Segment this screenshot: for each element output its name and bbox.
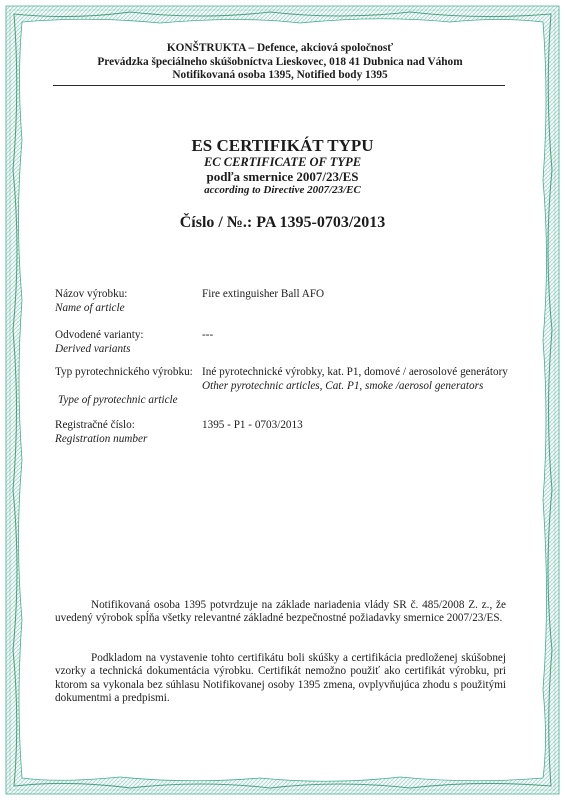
title-sk: ES CERTIFIKÁT TYPU bbox=[0, 136, 565, 155]
title-en: EC CERTIFICATE OF TYPE bbox=[0, 155, 565, 169]
field-label-en: Derived variants bbox=[55, 343, 205, 357]
directive-sk: podľa smernice 2007/23/ES bbox=[0, 169, 565, 184]
field-label-sk: Registračné číslo: bbox=[55, 419, 205, 433]
issuer-name: KONŠTRUKTA – Defence, akciová spoločnosť bbox=[50, 42, 510, 56]
field-value: --- bbox=[202, 329, 510, 343]
field-label-en: Name of article bbox=[55, 302, 205, 316]
field-label-sk: Názov výrobku: bbox=[55, 288, 205, 302]
field-value-sk: Iné pyrotechnické výrobky, kat. P1, domo… bbox=[202, 366, 510, 380]
field-label-en: Type of pyrotechnic article bbox=[55, 394, 205, 408]
field-label-sk: Odvodené varianty: bbox=[55, 329, 205, 343]
issuer-header: KONŠTRUKTA – Defence, akciová spoločnosť… bbox=[50, 42, 510, 83]
conformity-statement: Notifikovaná osoba 1395 potvrdzuje na zá… bbox=[55, 599, 506, 626]
notified-body: Notifikovaná osoba 1395, Notified body 1… bbox=[50, 69, 510, 83]
field-label-sk: Typ pyrotechnického výrobku: bbox=[55, 366, 205, 380]
field-value: 1395 - P1 - 0703/2013 bbox=[202, 419, 510, 433]
directive-en: according to Directive 2007/23/EC bbox=[0, 184, 565, 197]
header-divider bbox=[53, 85, 505, 86]
field-label-en: Registration number bbox=[55, 433, 205, 447]
field-value: Fire extinguisher Ball AFO bbox=[202, 288, 510, 302]
issuer-address: Prevádzka špeciálneho skúšobníctva Liesk… bbox=[50, 56, 510, 70]
certificate-basis-statement: Podkladom na vystavenie tohto certifikát… bbox=[55, 652, 506, 706]
field-value-en: Other pyrotechnic articles, Cat. P1, smo… bbox=[202, 380, 510, 394]
certificate-title: ES CERTIFIKÁT TYPU EC CERTIFICATE OF TYP… bbox=[0, 136, 565, 197]
certificate-number: Číslo / №.: PA 1395-0703/2013 bbox=[0, 214, 565, 232]
